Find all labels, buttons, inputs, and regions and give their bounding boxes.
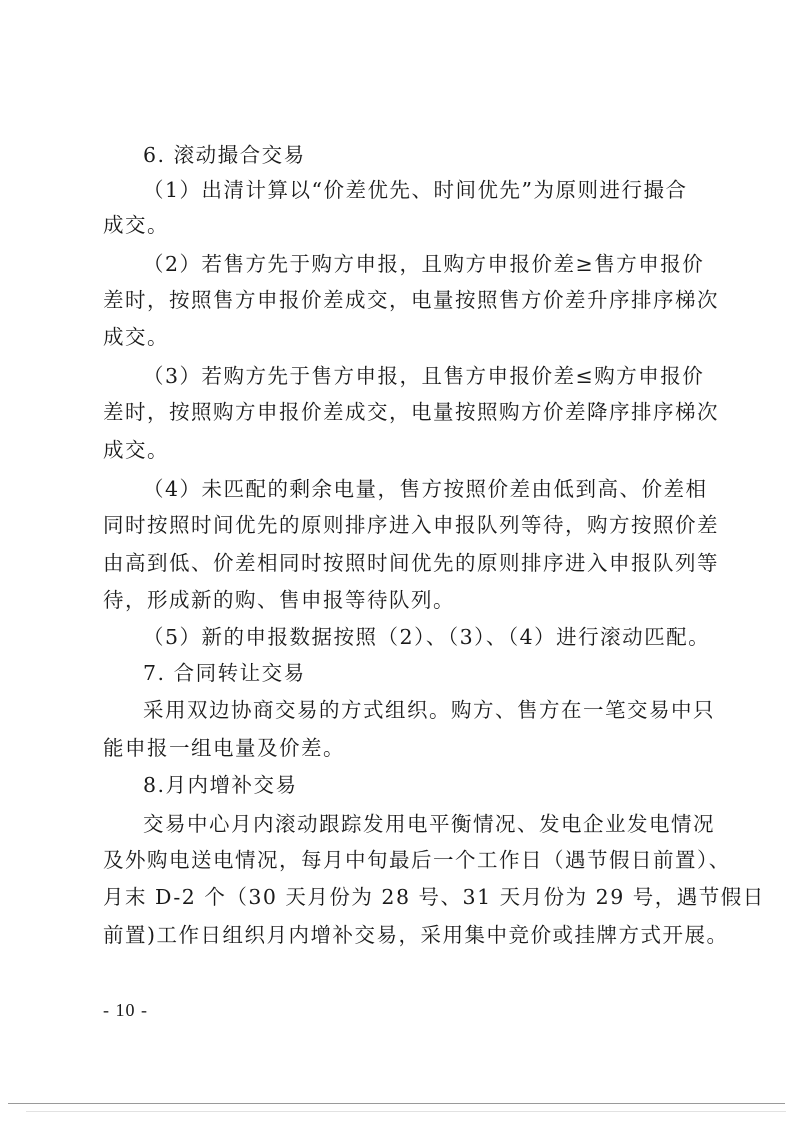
page-number: - 10 -	[103, 1000, 148, 1021]
text-line: 成交。	[103, 325, 169, 349]
text-line: 差时，按照购方申报价差成交，电量按照购方价差降序排序梯次	[103, 400, 685, 424]
text-line: 6. 滚动撮合交易	[143, 143, 306, 167]
text-line: （3）若购方先于售方申报，且售方申报价差≤购方申报价	[143, 364, 704, 388]
page-edge-line	[8, 1103, 785, 1104]
text-line: 交易中心月内滚动跟踪发用电平衡情况、发电企业发电情况	[143, 812, 715, 836]
text-line: 7. 合同转让交易	[143, 661, 306, 685]
text-line: 能申报一组电量及价差。	[103, 736, 345, 760]
text-line: 由高到低、价差相同时按照时间优先的原则排序进入申报队列等	[103, 551, 685, 575]
text-line: 差时，按照售方申报价差成交，电量按照售方价差升序排序梯次	[103, 288, 685, 312]
text-line: （1）出清计算以“价差优先、时间优先”为原则进行撮合	[143, 178, 688, 202]
text-line: 成交。	[103, 438, 169, 462]
text-line: 成交。	[103, 213, 169, 237]
text-line: 月末 D-2 个（30 天月份为 28 号、31 天月份为 29 号，遇节假日	[103, 885, 685, 909]
page-edge-shadow	[26, 1111, 786, 1112]
document-page: 6. 滚动撮合交易（1）出清计算以“价差优先、时间优先”为原则进行撮合成交。（2…	[0, 0, 794, 1123]
text-line: 前置)工作日组织月内增补交易，采用集中竞价或挂牌方式开展。	[103, 923, 685, 947]
text-line: （2）若售方先于购方申报，且购方申报价差≥售方申报价	[143, 252, 704, 276]
text-line: （4）未匹配的剩余电量，售方按照价差由低到高、价差相	[143, 477, 708, 501]
text-line: 及外购电送电情况，每月中旬最后一个工作日（遇节假日前置）、	[103, 848, 685, 872]
text-line: 8.月内增补交易	[143, 773, 298, 797]
text-line: 采用双边协商交易的方式组织。购方、售方在一笔交易中只	[143, 698, 715, 722]
text-line: 待，形成新的购、售申报等待队列。	[103, 588, 455, 612]
text-line: （5）新的申报数据按照（2）、（3）、（4）进行滚动匹配。	[143, 625, 710, 649]
text-line: 同时按照时间优先的原则排序进入申报队列等待，购方按照价差	[103, 513, 685, 537]
